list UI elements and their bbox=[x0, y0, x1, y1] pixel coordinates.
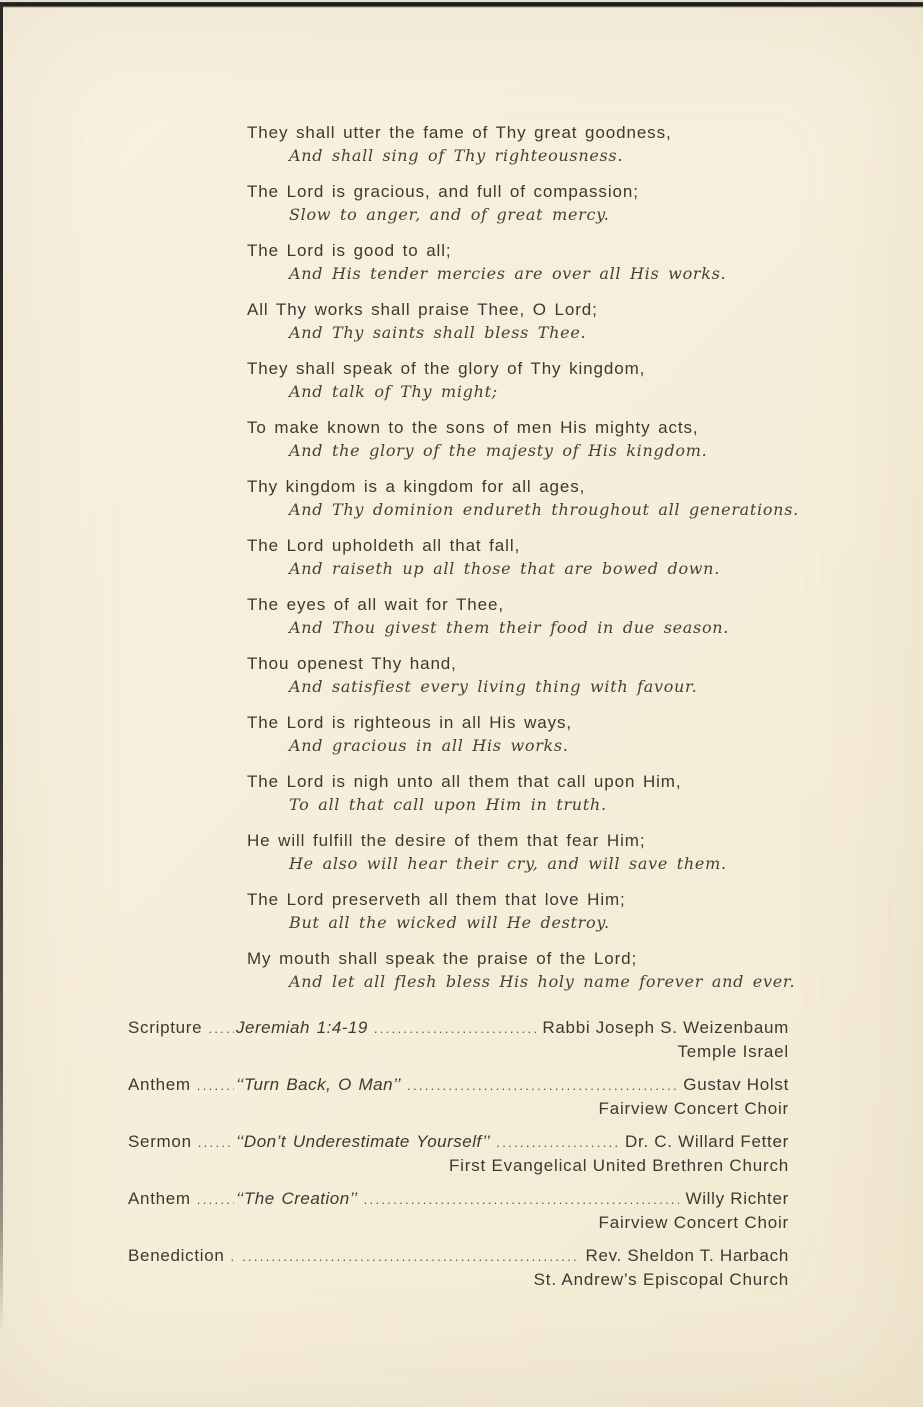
psalm-stanza: Thy kingdom is a kingdom for all ages, A… bbox=[247, 475, 799, 521]
psalm-call-line: He will fulfill the desire of them that … bbox=[247, 829, 799, 852]
psalm-call-line: My mouth shall speak the praise of the L… bbox=[247, 947, 799, 970]
psalm-call-line: Thou openest Thy hand, bbox=[247, 652, 799, 675]
psalm-call-line: The eyes of all wait for Thee, bbox=[247, 593, 799, 616]
program-item: Scripture Jeremiah 1:4-19 Rabbi Joseph S… bbox=[128, 1016, 789, 1063]
psalm-stanza: He will fulfill the desire of them that … bbox=[247, 829, 799, 875]
psalm-response-line: And satisfiest every living thing with f… bbox=[289, 675, 799, 698]
program-item-label-column: Benediction bbox=[128, 1244, 236, 1268]
program-item-label-column: Anthem bbox=[128, 1187, 236, 1211]
scan-edge-left bbox=[0, 2, 3, 1332]
program-item-line: Anthem ‘‘Turn Back, O Man’’ Gustav Holst bbox=[128, 1073, 789, 1097]
program-item-title: Jeremiah 1:4-19 bbox=[236, 1016, 368, 1039]
dotted-leader bbox=[407, 1073, 677, 1097]
psalm-response-line: He also will hear their cry, and will sa… bbox=[289, 852, 799, 875]
psalm-response-line: And Thy saints shall bless Thee. bbox=[289, 321, 799, 344]
psalm-response-line: Slow to anger, and of great mercy. bbox=[289, 203, 799, 226]
program-item-presenter: Gustav Holst bbox=[683, 1073, 789, 1096]
dotted-leader bbox=[197, 1073, 234, 1097]
psalm-responsive-reading: They shall utter the fame of Thy great g… bbox=[247, 121, 799, 1006]
psalm-response-line: But all the wicked will He destroy. bbox=[289, 911, 799, 934]
dotted-leader bbox=[231, 1244, 235, 1268]
psalm-response-line: And Thou givest them their food in due s… bbox=[289, 616, 799, 639]
psalm-call-line: The Lord is nigh unto all them that call… bbox=[247, 770, 799, 793]
psalm-call-line: The Lord preserveth all them that love H… bbox=[247, 888, 799, 911]
psalm-call-line: They shall utter the fame of Thy great g… bbox=[247, 121, 799, 144]
program-item-presenter: Dr. C. Willard Fetter bbox=[625, 1130, 789, 1153]
program-item-line: Anthem ‘‘The Creation’’ Willy Richter bbox=[128, 1187, 789, 1211]
program-item-label: Benediction bbox=[128, 1244, 225, 1267]
psalm-stanza: The Lord upholdeth all that fall, And ra… bbox=[247, 534, 799, 580]
psalm-stanza: All Thy works shall praise Thee, O Lord;… bbox=[247, 298, 799, 344]
psalm-response-line: To all that call upon Him in truth. bbox=[289, 793, 799, 816]
program-item-line: Sermon ‘‘Don’t Underestimate Yourself’’ … bbox=[128, 1130, 789, 1154]
program-item: Anthem ‘‘Turn Back, O Man’’ Gustav Holst… bbox=[128, 1073, 789, 1120]
program-item-title: ‘‘Turn Back, O Man’’ bbox=[236, 1073, 401, 1096]
psalm-stanza: The eyes of all wait for Thee, And Thou … bbox=[247, 593, 799, 639]
psalm-stanza: To make known to the sons of men His mig… bbox=[247, 416, 799, 462]
program-item-label-column: Anthem bbox=[128, 1073, 236, 1097]
psalm-stanza: They shall speak of the glory of Thy kin… bbox=[247, 357, 799, 403]
program-item-label: Sermon bbox=[128, 1130, 192, 1153]
program-item-label: Anthem bbox=[128, 1073, 191, 1096]
psalm-call-line: The Lord is righteous in all His ways, bbox=[247, 711, 799, 734]
program-item-affiliation: Fairview Concert Choir bbox=[128, 1211, 789, 1234]
program-item-affiliation: First Evangelical United Brethren Church bbox=[128, 1154, 789, 1177]
program-item: Sermon ‘‘Don’t Underestimate Yourself’’ … bbox=[128, 1130, 789, 1177]
order-of-service-list: Scripture Jeremiah 1:4-19 Rabbi Joseph S… bbox=[128, 1016, 789, 1301]
psalm-stanza: The Lord is gracious, and full of compas… bbox=[247, 180, 799, 226]
dotted-leader bbox=[496, 1130, 619, 1154]
psalm-response-line: And His tender mercies are over all His … bbox=[289, 262, 799, 285]
dotted-leader bbox=[242, 1244, 579, 1268]
program-item-label: Scripture bbox=[128, 1016, 202, 1039]
program-item-line: Scripture Jeremiah 1:4-19 Rabbi Joseph S… bbox=[128, 1016, 789, 1040]
program-item-title: ‘‘The Creation’’ bbox=[236, 1187, 358, 1210]
psalm-stanza: Thou openest Thy hand, And satisfiest ev… bbox=[247, 652, 799, 698]
program-item: Anthem ‘‘The Creation’’ Willy Richter Fa… bbox=[128, 1187, 789, 1234]
psalm-call-line: All Thy works shall praise Thee, O Lord; bbox=[247, 298, 799, 321]
program-item-title: ‘‘Don’t Underestimate Yourself’’ bbox=[236, 1130, 490, 1153]
psalm-call-line: The Lord is gracious, and full of compas… bbox=[247, 180, 799, 203]
psalm-stanza: The Lord is good to all; And His tender … bbox=[247, 239, 799, 285]
psalm-response-line: And Thy dominion endureth throughout all… bbox=[289, 498, 799, 521]
program-item-affiliation: Temple Israel bbox=[128, 1040, 789, 1063]
psalm-call-line: Thy kingdom is a kingdom for all ages, bbox=[247, 475, 799, 498]
program-item-presenter: Rabbi Joseph S. Weizenbaum bbox=[542, 1016, 789, 1039]
psalm-response-line: And let all flesh bless His holy name fo… bbox=[289, 970, 799, 993]
psalm-call-line: They shall speak of the glory of Thy kin… bbox=[247, 357, 799, 380]
psalm-stanza: They shall utter the fame of Thy great g… bbox=[247, 121, 799, 167]
program-item-affiliation: St. Andrew’s Episcopal Church bbox=[128, 1268, 789, 1291]
psalm-stanza: The Lord preserveth all them that love H… bbox=[247, 888, 799, 934]
scan-edge-top bbox=[0, 0, 923, 8]
program-item-presenter: Rev. Sheldon T. Harbach bbox=[585, 1244, 789, 1267]
psalm-response-line: And talk of Thy might; bbox=[289, 380, 799, 403]
program-item-presenter: Willy Richter bbox=[685, 1187, 789, 1210]
program-item-affiliation: Fairview Concert Choir bbox=[128, 1097, 789, 1120]
program-item-label-column: Sermon bbox=[128, 1130, 236, 1154]
dotted-leader bbox=[208, 1016, 234, 1040]
program-item-line: Benediction Rev. Sheldon T. Harbach bbox=[128, 1244, 789, 1268]
psalm-stanza: The Lord is righteous in all His ways, A… bbox=[247, 711, 799, 757]
dotted-leader bbox=[197, 1187, 234, 1211]
psalm-response-line: And raiseth up all those that are bowed … bbox=[289, 557, 799, 580]
psalm-call-line: To make known to the sons of men His mig… bbox=[247, 416, 799, 439]
psalm-stanza: The Lord is nigh unto all them that call… bbox=[247, 770, 799, 816]
dotted-leader bbox=[198, 1130, 234, 1154]
dotted-leader bbox=[364, 1187, 680, 1211]
scanned-service-program-page: They shall utter the fame of Thy great g… bbox=[0, 0, 923, 1407]
psalm-call-line: The Lord upholdeth all that fall, bbox=[247, 534, 799, 557]
dotted-leader bbox=[374, 1016, 537, 1040]
psalm-response-line: And shall sing of Thy righteousness. bbox=[289, 144, 799, 167]
program-item-label: Anthem bbox=[128, 1187, 191, 1210]
program-item-label-column: Scripture bbox=[128, 1016, 236, 1040]
psalm-call-line: The Lord is good to all; bbox=[247, 239, 799, 262]
program-item: Benediction Rev. Sheldon T. Harbach St. … bbox=[128, 1244, 789, 1291]
psalm-stanza: My mouth shall speak the praise of the L… bbox=[247, 947, 799, 993]
psalm-response-line: And gracious in all His works. bbox=[289, 734, 799, 757]
psalm-response-line: And the glory of the majesty of His king… bbox=[289, 439, 799, 462]
